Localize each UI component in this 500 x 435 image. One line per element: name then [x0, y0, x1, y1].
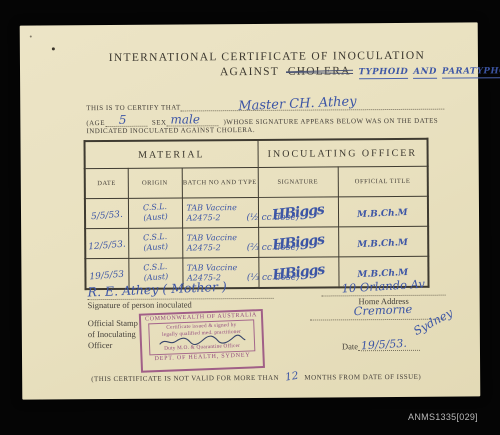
person-signature-label: Signature of person inoculated: [88, 299, 274, 310]
row1-origin: C.S.L.(Aust): [142, 201, 168, 222]
group-header-officer: INOCULATING OFFICER: [258, 139, 428, 168]
row2-date: 12/5/53.: [88, 239, 126, 252]
sex-label: SEX: [152, 119, 167, 127]
name-field-line: Master CH. Athey: [181, 96, 445, 112]
row1-batch-line1: TAB Vaccine: [186, 203, 236, 212]
handwritten-home-address: 10 Orlando Av: [341, 277, 425, 296]
row1-officer-signature: HBiggs: [271, 201, 324, 223]
age-label: (AGE: [86, 119, 105, 127]
handwritten-typhoid: TYPHOID: [359, 67, 409, 79]
handwritten-and: AND: [413, 67, 437, 79]
row2-officer-signature: HBiggs: [272, 231, 325, 253]
struck-word-cholera: CHOLERA: [288, 65, 351, 77]
paper-speck: [30, 36, 32, 38]
row2-official-title: M.B.Ch.M: [357, 238, 408, 250]
stamp-caption-line3: Officer: [88, 340, 138, 351]
handwritten-disease: TYPHOIDANDPARATYPHOID: [359, 66, 500, 77]
certify-tail-2: INDICATED INOCULATED AGAINST CHOLERA.: [86, 126, 255, 135]
handwritten-sex: male: [170, 112, 200, 126]
row1-batch: TAB VaccineA2475-2(½ cc dose): [182, 202, 257, 223]
row1-origin-line2: (Aust): [143, 211, 168, 221]
row2-batch-line1: TAB Vaccine: [187, 233, 237, 242]
row1-batch-line2: A2475-2: [187, 213, 221, 222]
row3-origin-line1: C.S.L.: [143, 261, 167, 271]
row1-date: 5/5/53.: [91, 209, 124, 221]
date-field-line: 19/5/53.: [358, 337, 420, 351]
handwritten-paratyphoid: PARATYPHOID: [442, 66, 500, 79]
person-signature-block: R. E. Athey ( Mother ) Signature of pers…: [87, 280, 273, 310]
validity-line: (THIS CERTIFICATE IS NOT VALID FOR MORE …: [52, 366, 460, 387]
col-header-origin: ORIGIN: [128, 168, 182, 198]
table-row: 5/5/53. C.S.L.(Aust) TAB VaccineA2475-2(…: [85, 196, 428, 228]
row2-batch-line2: A2475-2: [187, 243, 221, 252]
row2-batch: TAB VaccineA2475-2(⅔ cc dose): [183, 232, 258, 253]
handwritten-date: 19/5/53.: [361, 337, 408, 353]
date-label: Date: [342, 341, 358, 351]
stamp-caption-line1: Official Stamp: [88, 318, 138, 329]
col-header-batch: BATCH NO AND TYPE: [182, 167, 258, 198]
table-column-header-row: DATE ORIGIN BATCH NO AND TYPE SIGNATURE …: [85, 166, 428, 198]
validity-post: MONTHS FROM DATE OF ISSUE): [304, 373, 421, 382]
handwritten-person-signature: R. E. Athey ( Mother ): [87, 279, 227, 300]
official-stamp: COMMONWEALTH OF AUSTRALIA Certificate is…: [139, 309, 265, 373]
row2-origin-line2: (Aust): [143, 241, 168, 251]
stamp-caption-line2: of Inoculating: [88, 329, 138, 340]
handwritten-months: 12: [284, 370, 299, 384]
official-stamp-caption: Official Stamp of Inoculating Officer: [88, 318, 138, 351]
certificate-subtitle: AGAINST CHOLERA TYPHOIDANDPARATYPHOID: [220, 64, 500, 78]
paper-speck: [52, 47, 55, 50]
row2-origin: C.S.L.(Aust): [142, 231, 168, 252]
certificate-title: INTERNATIONAL CERTIFICATE OF INOCULATION: [70, 50, 464, 65]
table-group-header-row: MATERIAL INOCULATING OFFICER: [85, 139, 428, 169]
age-sex-line: (AGE 5 SEX male )WHOSE SIGNATURE APPEARS…: [86, 111, 444, 127]
against-label: AGAINST: [220, 66, 279, 78]
col-header-signature: SIGNATURE: [258, 167, 338, 198]
sex-field-line: male: [166, 112, 218, 126]
row2-origin-line1: C.S.L.: [143, 231, 167, 241]
col-header-date: DATE: [85, 168, 128, 198]
date-line: Date 19/5/53.: [342, 337, 420, 352]
group-header-material: MATERIAL: [85, 140, 258, 169]
stamp-inner-box: Certificate issued & signed by legally q…: [148, 319, 255, 355]
row3-batch-line1: TAB Vaccine: [187, 263, 237, 272]
certify-tail-1: )WHOSE SIGNATURE APPEARS BELOW WAS ON TH…: [223, 117, 438, 126]
catalog-number: ANMS1335[029]: [408, 412, 478, 422]
row1-origin-line1: C.S.L.: [142, 201, 166, 211]
certificate-paper: INTERNATIONAL CERTIFICATE OF INOCULATION…: [20, 22, 481, 399]
table-row: 12/5/53. C.S.L.(Aust) TAB VaccineA2475-2…: [85, 226, 428, 258]
row3-officer-signature: HBiggs: [272, 261, 325, 283]
handwritten-age: 5: [119, 113, 127, 127]
certify-label: THIS IS TO CERTIFY THAT: [86, 103, 181, 112]
row1-official-title: M.B.Ch.M: [357, 208, 408, 220]
certify-line: THIS IS TO CERTIFY THAT Master CH. Athey: [86, 96, 444, 112]
age-field-line: 5: [105, 113, 147, 127]
photo-of-certificate: { "colors": { "paper": "#e9e1c0", "ink_b…: [0, 0, 500, 435]
inoculation-table: MATERIAL INOCULATING OFFICER DATE ORIGIN…: [84, 138, 430, 290]
validity-pre: (THIS CERTIFICATE IS NOT VALID FOR MORE …: [91, 374, 279, 383]
col-header-official-title: OFFICIAL TITLE: [338, 166, 428, 197]
